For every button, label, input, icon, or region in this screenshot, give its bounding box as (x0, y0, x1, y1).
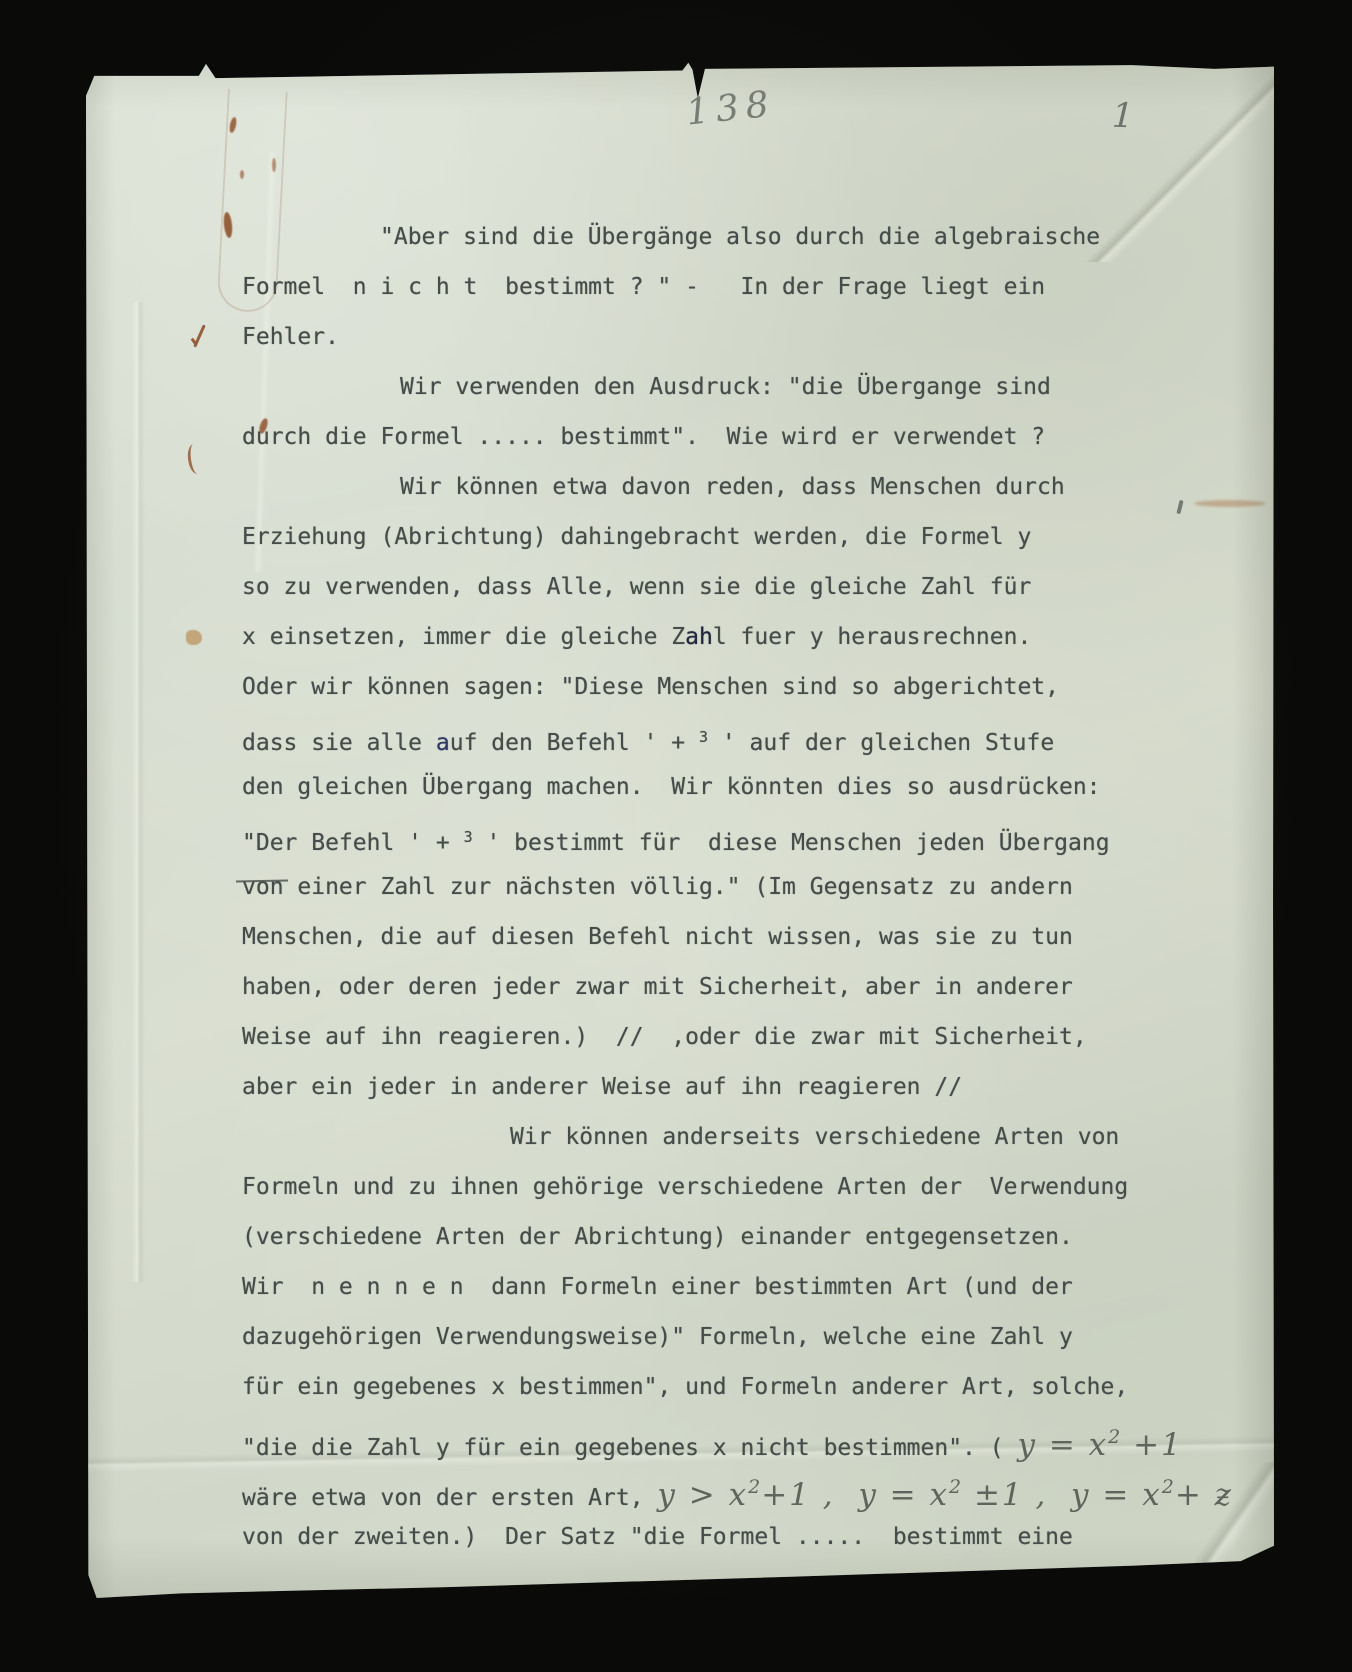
typed-line: für ein gegebenes x bestimmen", und Form… (242, 1362, 1202, 1412)
text-segment: Menschen, die auf diesen Befehl nicht wi… (242, 924, 1073, 950)
rust-smear (1194, 500, 1266, 507)
fold-crease-left (124, 302, 150, 1282)
typed-line: aber ein jeder in anderer Weise auf ihn … (242, 1062, 1202, 1112)
text-segment: Formeln und zu ihnen gehörige verschiede… (242, 1174, 1128, 1200)
typed-line: "Der Befehl ' + 3 ' bestimmt für diese M… (242, 812, 1202, 862)
typed-line: so zu verwenden, dass Alle, wenn sie die… (242, 562, 1202, 612)
text-segment: Formel n i c h t bestimmt ? " - In der F… (242, 274, 1045, 300)
text-segment-hsup: 2 (949, 1476, 962, 1498)
typed-line: Wir können anderseits verschiedene Arten… (242, 1112, 1202, 1162)
text-segment-hand: ±1 , y = x (962, 1477, 1162, 1513)
manuscript-page: 138 1 "Aber sind die Übergänge also durc… (86, 62, 1274, 1598)
text-segment: dass sie alle (242, 730, 436, 756)
text-segment-sup: 3 (464, 828, 473, 846)
typed-text-block: "Aber sind die Übergänge also durch die … (242, 212, 1202, 1562)
text-segment: wäre etwa von der ersten Art, (242, 1485, 657, 1511)
photo-background: 138 1 "Aber sind die Übergänge also durc… (0, 0, 1352, 1672)
typed-line: Erziehung (Abrichtung) dahingebracht wer… (242, 512, 1202, 562)
text-segment-hsup: 2 (1108, 1426, 1121, 1448)
folio-number-handwritten: 138 (684, 83, 778, 133)
text-segment: l fuer y herausrechnen. (713, 624, 1032, 650)
typed-line: wäre etwa von der ersten Art, y > x2+1 ,… (242, 1462, 1202, 1512)
margin-tick-mark (193, 324, 206, 347)
typed-line: Menschen, die auf diesen Befehl nicht wi… (242, 912, 1202, 962)
text-segment: Wir können anderseits verschiedene Arten… (510, 1124, 1119, 1150)
typed-line: Wir verwenden den Ausdruck: "die Übergan… (242, 362, 1202, 412)
text-segment-hand: y > x (657, 1477, 748, 1513)
text-segment: durch die Formel ..... bestimmt". Wie wi… (242, 424, 1045, 450)
typed-line: "Aber sind die Übergänge also durch die … (242, 212, 1202, 262)
text-segment-hsup: 2 (748, 1476, 761, 1498)
text-segment: von der zweiten.) Der Satz "die Formel .… (242, 1524, 1073, 1550)
text-segment: so zu verwenden, dass Alle, wenn sie die… (242, 574, 1031, 600)
typed-line: Wir können etwa davon reden, dass Mensch… (242, 462, 1202, 512)
typed-line: haben, oder deren jeder zwar mit Sicherh… (242, 962, 1202, 1012)
text-segment: aber ein jeder in anderer Weise auf ihn … (242, 1074, 962, 1100)
text-segment-blue: a (436, 730, 450, 756)
text-segment: "Aber sind die Übergänge also durch die … (380, 224, 1100, 250)
text-segment: (verschiedene Arten der Abrichtung) eina… (242, 1224, 1073, 1250)
rust-spot (272, 158, 276, 172)
text-segment: Weise auf ihn reagieren.) // ,oder die z… (242, 1024, 1087, 1050)
typed-line: dass sie alle auf den Befehl ' + 3 ' auf… (242, 712, 1202, 762)
typed-line: x einsetzen, immer die gleiche Zahl fuer… (242, 612, 1202, 662)
typed-line: Weise auf ihn reagieren.) // ,oder die z… (242, 1012, 1202, 1062)
text-segment: Wir können etwa davon reden, dass Mensch… (400, 474, 1065, 500)
text-segment: Erziehung (Abrichtung) dahingebracht wer… (242, 524, 1031, 550)
page-number-handwritten: 1 (1111, 96, 1134, 137)
text-segment: ' auf der gleichen Stufe (708, 730, 1054, 756)
text-segment: Wir n e n n e n dann Formeln einer besti… (242, 1274, 1073, 1300)
text-segment: uf den Befehl ' + (450, 730, 699, 756)
text-segment: ' bestimmt für diese Menschen jeden Über… (473, 830, 1110, 856)
typed-line: durch die Formel ..... bestimmt". Wie wi… (242, 412, 1202, 462)
typed-line: Wir n e n n e n dann Formeln einer besti… (242, 1262, 1202, 1312)
text-segment-dark: ah (685, 624, 713, 650)
text-segment: den gleichen Übergang machen. Wir könnte… (242, 774, 1101, 800)
typed-line: den gleichen Übergang machen. Wir könnte… (242, 762, 1202, 812)
text-segment: Fehler. (242, 324, 339, 350)
typed-line: "die die Zahl y für ein gegebenes x nich… (242, 1412, 1202, 1462)
text-segment: für ein gegebenes x bestimmen", und Form… (242, 1374, 1128, 1400)
text-segment-over: von (242, 874, 284, 900)
typed-line: Formeln und zu ihnen gehörige verschiede… (242, 1162, 1202, 1212)
text-segment: haben, oder deren jeder zwar mit Sicherh… (242, 974, 1073, 1000)
text-segment: dazugehörigen Verwendungsweise)" Formeln… (242, 1324, 1073, 1350)
text-segment: "Der Befehl ' + (242, 830, 464, 856)
typed-line: von einer Zahl zur nächsten völlig." (Im… (242, 862, 1202, 912)
typed-line: von der zweiten.) Der Satz "die Formel .… (242, 1512, 1202, 1562)
margin-paren-mark (186, 443, 205, 475)
typed-line: Fehler. (242, 312, 1202, 362)
text-segment-hand: + ƶ (1175, 1477, 1233, 1513)
typed-line: Oder wir können sagen: "Diese Menschen s… (242, 662, 1202, 712)
text-segment: einer Zahl zur nächsten völlig." (Im Geg… (284, 874, 1073, 900)
text-segment: "die die Zahl y für ein gegebenes x nich… (242, 1435, 1017, 1461)
typed-line: (verschiedene Arten der Abrichtung) eina… (242, 1212, 1202, 1262)
text-segment-hand: y = x (1017, 1427, 1108, 1463)
text-segment: x einsetzen, immer die gleiche Z (242, 624, 685, 650)
text-segment-hand: +1 (1121, 1427, 1183, 1463)
text-segment: Oder wir können sagen: "Diese Menschen s… (242, 674, 1059, 700)
text-segment: Wir verwenden den Ausdruck: "die Übergan… (400, 374, 1051, 400)
text-segment-sup: 3 (699, 728, 708, 746)
stain-dot (186, 630, 202, 645)
typed-line: dazugehörigen Verwendungsweise)" Formeln… (242, 1312, 1202, 1362)
text-segment-hand: +1 , y = x (761, 1477, 949, 1513)
text-segment-hsup: 2 (1162, 1476, 1175, 1498)
typed-line: Formel n i c h t bestimmt ? " - In der F… (242, 262, 1202, 312)
rust-spot (240, 170, 244, 179)
